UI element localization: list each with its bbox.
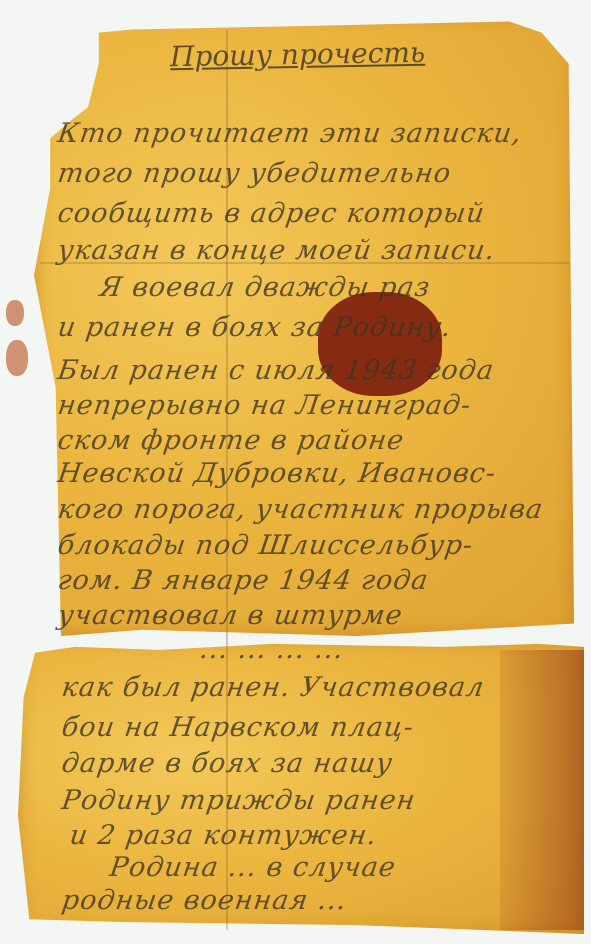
letter-line: Был ранен с июля 1943 года: [56, 355, 496, 386]
letter-line: участвовал в штурме: [56, 600, 405, 631]
letter-line: как был ранен. Участвовал: [60, 672, 487, 703]
letter-body: Кто прочитает эти записки, того прошу уб…: [0, 0, 591, 944]
letter-line: ском фронте в районе: [56, 425, 407, 456]
letter-line: бои на Нарвском плац-: [60, 712, 416, 743]
letter-line: непрерывно на Ленинград-: [56, 390, 474, 421]
letter-line: Я воевал дважды раз: [98, 272, 433, 303]
letter-line: блокады под Шлиссельбур-: [56, 530, 476, 561]
letter-line: кого порога, участник прорыва: [56, 494, 545, 525]
letter-line: того прошу убедительно: [56, 158, 454, 189]
letter-line: и 2 раза контужен.: [68, 820, 379, 851]
letter-line: гом. В январе 1944 года: [56, 565, 431, 596]
letter-line: Родину трижды ранен: [60, 785, 418, 816]
letter-line: Родина ... в случае: [108, 852, 398, 883]
letter-line: Кто прочитает эти записки,: [56, 118, 524, 149]
letter-line: и ранен в боях за Родину.: [56, 312, 454, 343]
letter-line: сообщить в адрес который: [56, 198, 487, 229]
letter-line: дарме в боях за нашу: [60, 748, 395, 779]
letter-line: ... ... ... ...: [198, 634, 346, 665]
letter-line: родные военная ...: [60, 885, 349, 916]
letter-line: Невской Дубровки, Ивановс-: [56, 458, 498, 489]
letter-line: указан в конце моей записи.: [56, 235, 498, 266]
